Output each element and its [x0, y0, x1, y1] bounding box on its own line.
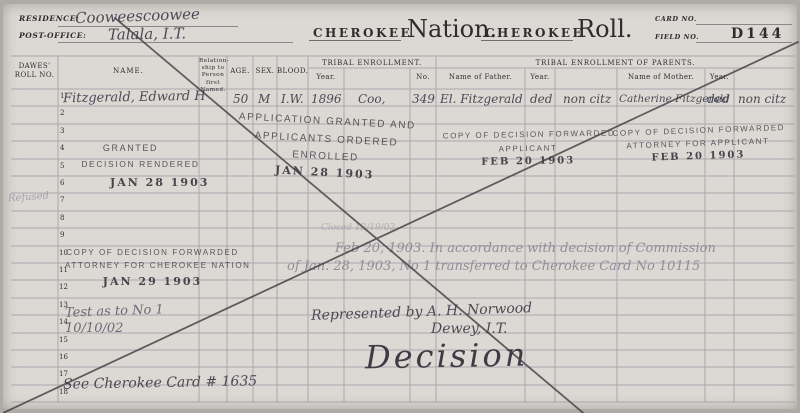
col-header-mother-name: Name of Mother. [617, 73, 705, 82]
decision-rendered-date-stamp: JAN 28 1903 [110, 176, 209, 189]
forwarded-attorney-stamp: COPY OF DECISION FORWARDED ATTORNEY FOR … [612, 123, 783, 165]
forwarded-attorney-line1: COPY OF DECISION FORWARDED [612, 123, 782, 138]
col-header-mother-year: Year. [705, 73, 734, 82]
forwarded-applicant-line1: COPY OF DECISION FORWARDED [443, 129, 613, 141]
decision-scrawl: Decision [365, 336, 529, 377]
row-number: 16 [59, 353, 68, 361]
post-office-label: POST-OFFICE: [19, 31, 86, 40]
col-header-te-year: Year. [308, 73, 344, 82]
post-office-rule [58, 42, 293, 43]
row-number: 3 [60, 127, 64, 135]
forwarded-nation-date-stamp: JAN 29 1903 [65, 275, 240, 288]
forwarded-applicant-stamp: COPY OF DECISION FORWARDED APPLICANT FEB… [443, 129, 614, 169]
row-number: 7 [60, 196, 64, 204]
roll-underline [481, 40, 573, 41]
closed-pencil-note: Closed 12/19/02 [321, 223, 395, 233]
entry-mother-year: ded [707, 92, 729, 106]
margin-pencil-note: Refused [8, 191, 50, 205]
col-header-dawes-roll-no: DAWES' ROLL NO. [11, 62, 58, 80]
entry-enrollment-no: 349 [412, 92, 435, 106]
row-number: 6 [60, 179, 64, 187]
entry-father-status: non citz [563, 92, 611, 106]
residence-label: RESIDENCE: [19, 14, 79, 23]
col-header-name: NAME. [58, 67, 199, 76]
col-header-father-name: Name of Father. [436, 73, 525, 82]
entry-blood: I.W. [281, 92, 304, 106]
forwarded-applicant-line2: APPLICANT [443, 143, 613, 155]
roll-small-title: CHEROKEE [485, 26, 584, 40]
col-header-sex: SEX. [253, 67, 277, 76]
row-number: 9 [60, 231, 64, 239]
forwarded-attorney-date-stamp: FEB 20 1903 [613, 148, 783, 165]
entry-enrollment-year: 1896 [311, 92, 342, 106]
post-office-value: Talala, I.T. [108, 24, 186, 43]
row-number: 8 [60, 214, 64, 222]
entry-father-year: ded [530, 92, 552, 106]
col-header-father-year: Year. [525, 73, 555, 82]
field-no-rule [696, 42, 792, 43]
test-note-line2: 10/10/02 [65, 321, 123, 336]
nation-big-title: Nation. [407, 15, 497, 43]
card-paper: RESIDENCE: Cooweescoowee POST-OFFICE: Ta… [3, 4, 797, 409]
granted-stamp: GRANTED [63, 143, 198, 153]
col-header-te-no: No. [410, 73, 436, 82]
entry-enrollment-district: Coo, [358, 92, 385, 106]
entry-mother-status: non citz [738, 92, 786, 106]
col-header-tribal-enrollment: TRIBAL ENROLLMENT. [308, 59, 436, 68]
col-header-blood: BLOOD. [277, 67, 308, 76]
field-no-value: D144 [731, 26, 784, 42]
test-note-line1: Test as to No 1 [65, 302, 164, 320]
forwarded-nation-line1: COPY OF DECISION FORWARDED [65, 248, 240, 257]
entry-sex: M [258, 92, 270, 106]
forwarded-applicant-date-stamp: FEB 20 1903 [443, 155, 613, 169]
represented-location-note: Dewey, I.T. [431, 321, 507, 337]
nation-underline [309, 40, 401, 41]
entry-name: Fitzgerald, Edward H [63, 89, 206, 106]
row-number: 15 [59, 336, 68, 344]
field-no-label: FIELD NO. [655, 33, 699, 41]
nation-small-title: CHEROKEE [313, 26, 412, 40]
card-no-rule [696, 24, 792, 25]
entry-father-name: El. Fitzgerald [440, 92, 523, 106]
col-header-age: AGE. [227, 67, 253, 76]
forwarded-nation-line2: ATTORNEY FOR CHEROKEE NATION [65, 261, 240, 270]
decision-rendered-stamp: DECISION RENDERED [63, 159, 218, 169]
forwarded-nation-stamp: COPY OF DECISION FORWARDED ATTORNEY FOR … [65, 248, 240, 288]
application-granted-stamp: APPLICATION GRANTED AND APPLICANTS ORDER… [219, 111, 432, 185]
card-no-label: CARD NO. [655, 15, 697, 23]
roll-big-title: Roll. [577, 15, 633, 43]
row-number: 2 [60, 109, 64, 117]
entry-age: 50 [233, 92, 248, 106]
scanned-enrollment-card: RESIDENCE: Cooweescoowee POST-OFFICE: Ta… [0, 0, 800, 413]
col-header-parents-enrollment: TRIBAL ENROLLMENT OF PARENTS. [436, 59, 795, 68]
transfer-note-line1: Feb 20, 1903. In accordance with decisio… [335, 241, 716, 256]
see-card-note: See Cherokee Card # 1635 [63, 373, 257, 392]
transfer-note-line2: of Jan. 28, 1903, No 1 transferred to Ch… [287, 259, 700, 274]
